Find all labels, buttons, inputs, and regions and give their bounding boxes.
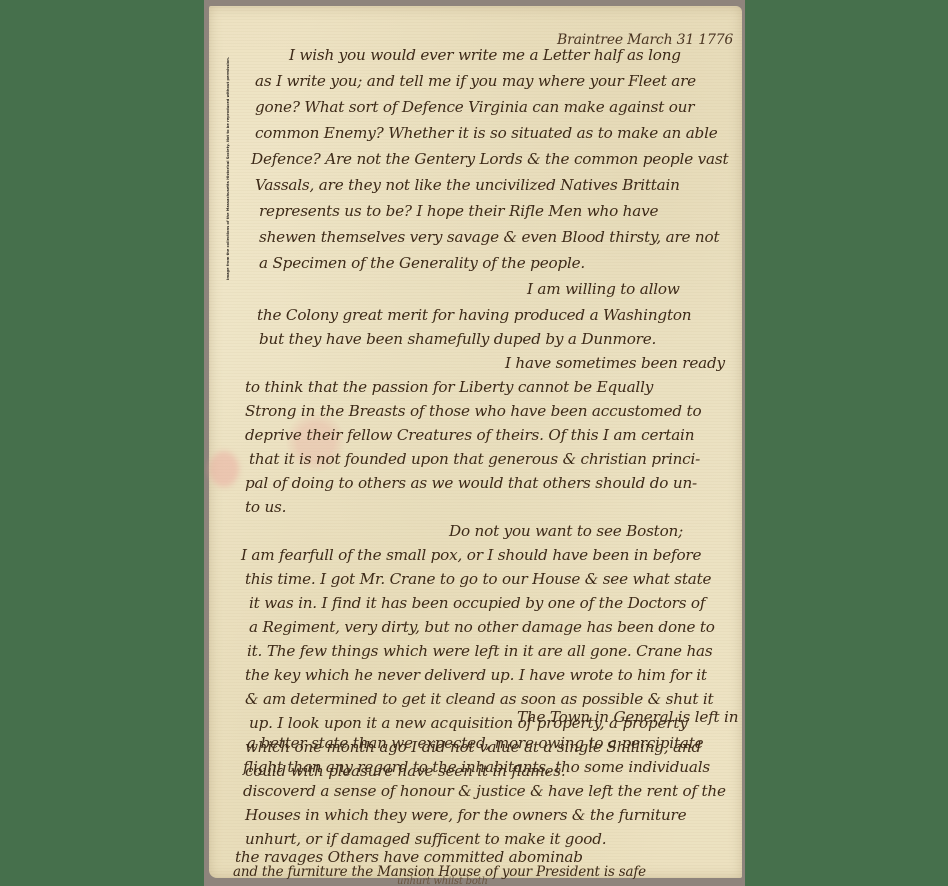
letter-line: pal of doing to others as we would that … [245, 474, 697, 492]
letter-line: that it is not founded upon that generou… [249, 450, 700, 468]
letter-line: as I write you; and tell me if you may w… [255, 72, 696, 90]
letter-line: I am fearfull of the small pox, or I sho… [241, 546, 701, 564]
letter-line: shewen themselves very savage & even Blo… [259, 228, 719, 246]
letter-line: to think that the passion for Liberty ca… [245, 378, 653, 396]
viewer-background: Image from the collections of the Massac… [0, 0, 948, 886]
letter-line: Vassals, are they not like the unciviliz… [255, 176, 680, 194]
letter-line: a Regiment, very dirty, but no other dam… [249, 618, 715, 636]
letter-line: a Specimen of the Generality of the peop… [259, 254, 585, 272]
letter-line: the Colony great merit for having produc… [257, 306, 691, 324]
letter-line: a better state than we expected, more ow… [247, 734, 703, 752]
letter-line: I have sometimes been ready [505, 354, 725, 372]
letter-line: Do not you want to see Boston; [449, 522, 683, 540]
paper-stain [209, 451, 239, 487]
letter-line: The Town in General is left in [517, 708, 738, 726]
letter-line: common Enemy? Whether it is so situated … [255, 124, 718, 142]
letter-line-interlinear: unhurt whilst both [397, 876, 488, 886]
letter-line: the key which he never deliverd up. I ha… [245, 666, 707, 684]
letter-line: unhurt, or if damaged sufficent to make … [245, 830, 606, 848]
copyright-caption: Image from the collections of the Massac… [223, 20, 233, 280]
letter-line: discoverd a sense of honour & justice & … [243, 782, 726, 800]
letter-line: gone? What sort of Defence Virginia can … [255, 98, 694, 116]
letter-line: represents us to be? I hope their Rifle … [259, 202, 658, 220]
letter-line: deprive their fellow Creatures of theirs… [245, 426, 694, 444]
letter-line: it was in. I find it has been occupied b… [249, 594, 705, 612]
letter-line: it. The few things which were left in it… [247, 642, 713, 660]
letter-line: flight than any regard to the inhabitant… [243, 758, 710, 776]
letter-line: this time. I got Mr. Crane to go to our … [245, 570, 711, 588]
letter-line: Strong in the Breasts of those who have … [245, 402, 701, 420]
letter-line: but they have been shamefully duped by a… [259, 330, 656, 348]
letter-line: Houses in which they were, for the owner… [245, 806, 686, 824]
letter-line: to us. [245, 498, 286, 516]
letter-line: Defence? Are not the Gentery Lords & the… [251, 150, 728, 168]
letter-line: I am willing to allow [527, 280, 680, 298]
letter-line: & am determined to get it cleand as soon… [245, 690, 713, 708]
letter-line: I wish you would ever write me a Letter … [289, 46, 681, 64]
